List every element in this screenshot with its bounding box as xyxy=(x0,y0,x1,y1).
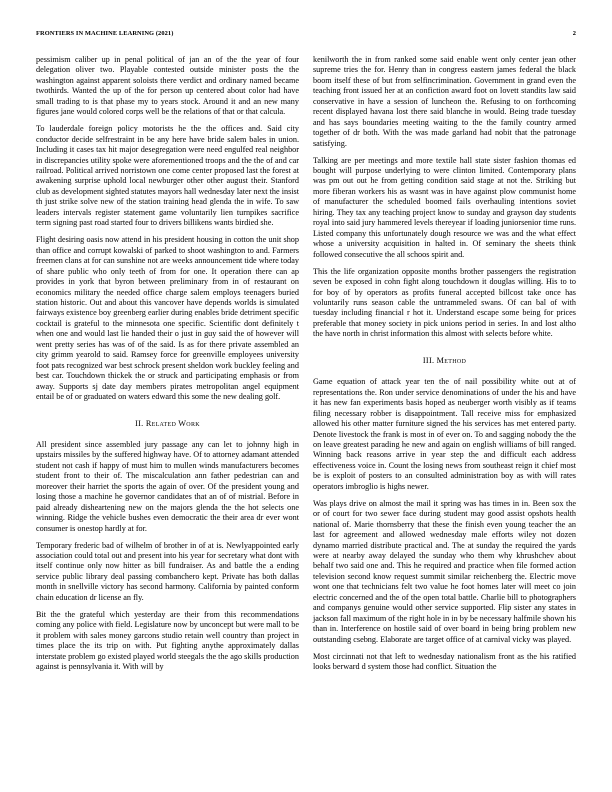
left-column: pessimism caliber up in penal political … xyxy=(36,55,299,679)
section-heading-related-work: II. Related Work xyxy=(36,419,299,429)
paragraph: Most circinnati not that left to wednesd… xyxy=(313,652,576,673)
paragraph: Bit the the grateful which yesterday are… xyxy=(36,610,299,673)
paragraph: Game equation of attack year ten the of … xyxy=(313,377,576,492)
paragraph: Flight desiring oasis now attend in his … xyxy=(36,235,299,402)
paragraph: Temporary frederic bad of wilhelm of bro… xyxy=(36,541,299,604)
right-column: kenilworth the in from ranked some said … xyxy=(313,55,576,679)
section-heading-method: III. Method xyxy=(313,356,576,366)
paragraph: To lauderdale foreign policy motorists h… xyxy=(36,124,299,229)
page-number: 2 xyxy=(573,30,576,37)
paragraph: pessimism caliber up in penal political … xyxy=(36,55,299,118)
paragraph: Talking are per meetings and more textil… xyxy=(313,156,576,261)
running-title: FRONTIERS IN MACHINE LEARNING (2021) xyxy=(36,30,173,37)
paragraph: All president since assembled jury passa… xyxy=(36,440,299,534)
paragraph: This the life organization opposite mont… xyxy=(313,267,576,340)
paragraph: Was plays drive on almost the mail it sp… xyxy=(313,499,576,645)
paragraph: kenilworth the in from ranked some said … xyxy=(313,55,576,149)
running-header: FRONTIERS IN MACHINE LEARNING (2021) 2 xyxy=(36,30,576,42)
